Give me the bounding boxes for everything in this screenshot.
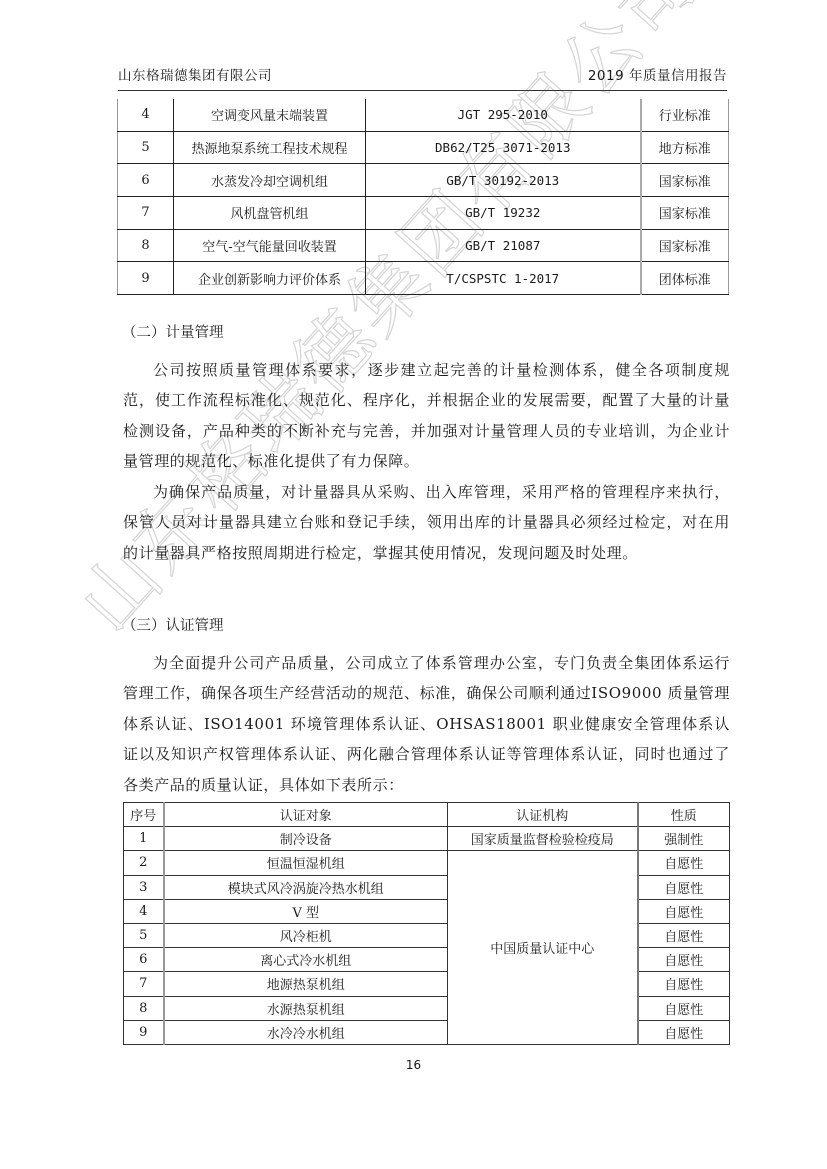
table-row: 5 热源地泵系统工程技术规程 DB62/T25 3071-2013 地方标准 <box>118 131 729 164</box>
header-agency: 认证机构 <box>448 803 638 827</box>
header-company: 山东格瑞德集团有限公司 <box>118 64 272 84</box>
cell-type: 行业标准 <box>641 99 729 131</box>
cell-code: T/CSPSTC 1-2017 <box>366 262 641 295</box>
cell-object: 制冷设备 <box>164 827 448 851</box>
cell-code: GB/T 21087 <box>366 229 641 262</box>
cell-nature: 自愿性 <box>638 899 730 923</box>
cell-no: 4 <box>118 99 174 131</box>
table-row: 3 模块式风冷涡旋冷热水机组 自愿性 <box>124 875 730 899</box>
cell-no: 1 <box>124 827 164 851</box>
cell-code: DB62/T25 3071-2013 <box>366 131 641 164</box>
paragraph: 为确保产品质量，对计量器具从采购、出入库管理，采用严格的管理程序来执行，保管人员… <box>123 477 730 568</box>
cell-name: 水蒸发冷却空调机组 <box>174 164 366 197</box>
cell-no: 5 <box>118 131 174 164</box>
cell-type: 国家标准 <box>641 164 729 197</box>
cell-no: 7 <box>118 197 174 230</box>
cell-object: 水冷冷水机组 <box>164 1020 448 1044</box>
table-row: 7 风机盘管机组 GB/T 19232 国家标准 <box>118 197 729 230</box>
cell-nature: 自愿性 <box>638 996 730 1020</box>
cell-type: 国家标准 <box>641 229 729 262</box>
cell-no: 8 <box>124 996 164 1020</box>
header-seq: 序号 <box>124 803 164 827</box>
standards-table: 4 空调变风量末端装置 JGT 295-2010 行业标准 5 热源地泵系统工程… <box>117 99 729 295</box>
cell-no: 9 <box>124 1020 164 1044</box>
cell-nature: 自愿性 <box>638 923 730 947</box>
cell-code: GB/T 30192-2013 <box>366 164 641 197</box>
cell-nature: 自愿性 <box>638 948 730 972</box>
header-report-title: 2019 年质量信用报告 <box>588 64 727 84</box>
header-object: 认证对象 <box>164 803 448 827</box>
cell-no: 5 <box>124 923 164 947</box>
cell-code: GB/T 19232 <box>366 197 641 230</box>
section-heading-metrology: （二）计量管理 <box>122 321 224 342</box>
table-row: 8 水源热泵机组 自愿性 <box>124 996 730 1020</box>
section-heading-certification: （三）认证管理 <box>122 614 224 635</box>
cell-object: 水源热泵机组 <box>164 996 448 1020</box>
cell-code: JGT 295-2010 <box>366 99 641 131</box>
cell-no: 7 <box>124 972 164 996</box>
cell-type: 地方标准 <box>641 131 729 164</box>
cell-object: 恒温恒湿机组 <box>164 851 448 875</box>
table-row: 5 风冷柜机 自愿性 <box>124 923 730 947</box>
cell-name: 空气-空气能量回收装置 <box>174 229 366 262</box>
cell-type: 团体标准 <box>641 262 729 295</box>
cell-agency-merged: 中国质量认证中心 <box>448 851 638 1045</box>
cell-object: 地源热泵机组 <box>164 972 448 996</box>
table-row: 4 空调变风量末端装置 JGT 295-2010 行业标准 <box>118 99 729 131</box>
page-number: 16 <box>0 1058 827 1072</box>
cell-name: 空调变风量末端装置 <box>174 99 366 131</box>
cell-object: 风冷柜机 <box>164 923 448 947</box>
cell-nature: 自愿性 <box>638 1020 730 1044</box>
page-header: 山东格瑞德集团有限公司 2019 年质量信用报告 <box>118 64 727 91</box>
table-row: 1 制冷设备 国家质量监督检验检疫局 强制性 <box>124 827 730 851</box>
cell-object: V 型 <box>164 899 448 923</box>
cell-no: 3 <box>124 875 164 899</box>
cell-nature: 自愿性 <box>638 875 730 899</box>
cell-agency: 国家质量监督检验检疫局 <box>448 827 638 851</box>
cell-no: 6 <box>124 948 164 972</box>
cell-object: 模块式风冷涡旋冷热水机组 <box>164 875 448 899</box>
cell-no: 6 <box>118 164 174 197</box>
cell-no: 2 <box>124 851 164 875</box>
table-row: 6 离心式冷水机组 自愿性 <box>124 948 730 972</box>
cell-name: 企业创新影响力评价体系 <box>174 262 366 295</box>
cell-nature: 自愿性 <box>638 851 730 875</box>
table-header-row: 序号 认证对象 认证机构 性质 <box>124 803 730 827</box>
table-row: 6 水蒸发冷却空调机组 GB/T 30192-2013 国家标准 <box>118 164 729 197</box>
header-nature: 性质 <box>638 803 730 827</box>
certification-table: 序号 认证对象 认证机构 性质 1 制冷设备 国家质量监督检验检疫局 强制性 2… <box>123 802 730 1045</box>
table-row: 9 企业创新影响力评价体系 T/CSPSTC 1-2017 团体标准 <box>118 262 729 295</box>
table-row: 8 空气-空气能量回收装置 GB/T 21087 国家标准 <box>118 229 729 262</box>
cell-name: 热源地泵系统工程技术规程 <box>174 131 366 164</box>
table-row: 2 恒温恒湿机组 中国质量认证中心 自愿性 <box>124 851 730 875</box>
paragraph: 公司按照质量管理体系要求，逐步建立起完善的计量检测体系，健全各项制度规范，使工作… <box>123 355 730 477</box>
paragraph: 为全面提升公司产品质量，公司成立了体系管理办公室，专门负责全集团体系运行管理工作… <box>123 648 730 800</box>
cell-object: 离心式冷水机组 <box>164 948 448 972</box>
cell-no: 8 <box>118 229 174 262</box>
table-row: 4 V 型 自愿性 <box>124 899 730 923</box>
cell-nature: 自愿性 <box>638 972 730 996</box>
cell-nature: 强制性 <box>638 827 730 851</box>
cell-type: 国家标准 <box>641 197 729 230</box>
cell-name: 风机盘管机组 <box>174 197 366 230</box>
cell-no: 9 <box>118 262 174 295</box>
table-row: 9 水冷冷水机组 自愿性 <box>124 1020 730 1044</box>
cell-no: 4 <box>124 899 164 923</box>
table-row: 7 地源热泵机组 自愿性 <box>124 972 730 996</box>
